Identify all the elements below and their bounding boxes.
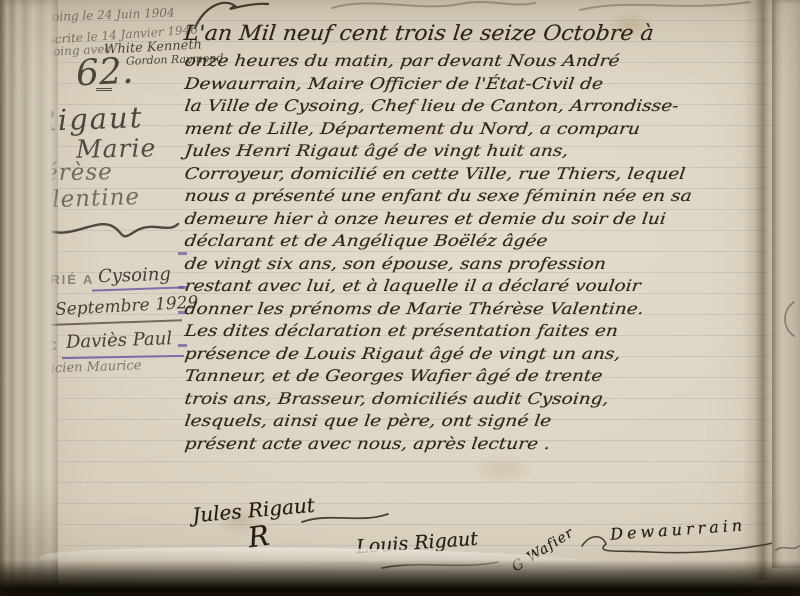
photo-vignette: [0, 0, 800, 596]
civil-register-photo: Cysoing le 24 Juin 1904 Inscrite le 14 J…: [0, 0, 800, 596]
